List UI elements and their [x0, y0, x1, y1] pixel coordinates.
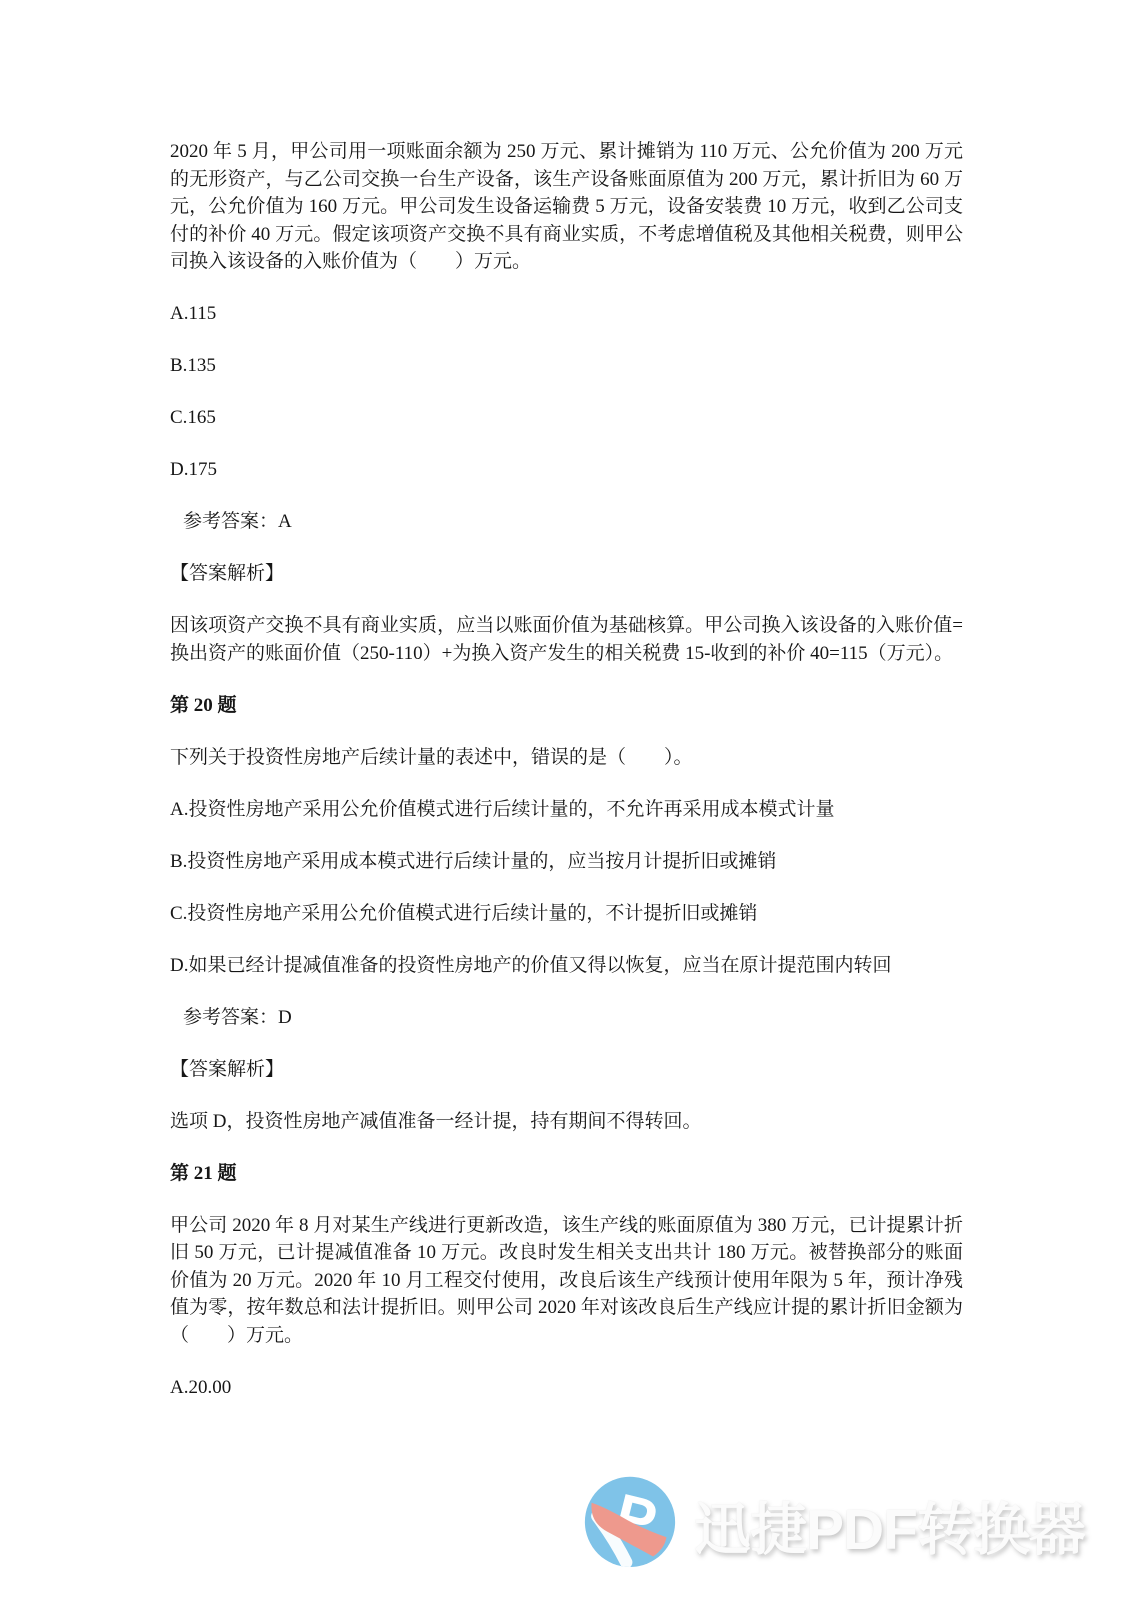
q21-heading: 第 21 题 [170, 1160, 963, 1188]
watermark: P 迅捷PDF转换器 [582, 1470, 1085, 1570]
q20-reference-answer: 参考答案：D [170, 1004, 963, 1032]
document-content: 2020 年 5 月，甲公司用一项账面余额为 250 万元、累计摊销为 110 … [170, 138, 963, 1401]
q20-option-b: B.投资性房地产采用成本模式进行后续计量的，应当按月计提折旧或摊销 [170, 848, 963, 876]
q20-option-d: D.如果已经计提减值准备的投资性房地产的价值又得以恢复，应当在原计提范围内转回 [170, 952, 963, 980]
q19-option-b: B.135 [170, 352, 963, 380]
q19-reference-answer: 参考答案：A [170, 508, 963, 536]
q20-heading: 第 20 题 [170, 692, 963, 720]
xunjie-pdf-converter-logo-icon: P [582, 1470, 678, 1570]
q21-body: 甲公司 2020 年 8 月对某生产线进行更新改造，该生产线的账面原值为 380… [170, 1212, 963, 1350]
q19-body: 2020 年 5 月，甲公司用一项账面余额为 250 万元、累计摊销为 110 … [170, 138, 963, 276]
document-page: 2020 年 5 月，甲公司用一项账面余额为 250 万元、累计摊销为 110 … [0, 0, 1131, 1600]
q21-option-a: A.20.00 [170, 1374, 963, 1402]
q20-body: 下列关于投资性房地产后续计量的表述中，错误的是（ ）。 [170, 744, 963, 772]
watermark-text: 迅捷PDF转换器 [694, 1484, 1085, 1566]
q19-option-c: C.165 [170, 404, 963, 432]
q20-analysis: 选项 D，投资性房地产减值准备一经计提，持有期间不得转回。 [170, 1108, 963, 1136]
q19-option-d: D.175 [170, 456, 963, 484]
q20-option-a: A.投资性房地产采用公允价值模式进行后续计量的，不允许再采用成本模式计量 [170, 796, 963, 824]
q20-option-c: C.投资性房地产采用公允价值模式进行后续计量的，不计提折旧或摊销 [170, 900, 963, 928]
q19-option-a: A.115 [170, 300, 963, 328]
q19-analysis: 因该项资产交换不具有商业实质，应当以账面价值为基础核算。甲公司换入该设备的入账价… [170, 612, 963, 667]
q20-analysis-header: 【答案解析】 [170, 1056, 963, 1084]
q19-analysis-header: 【答案解析】 [170, 560, 963, 588]
